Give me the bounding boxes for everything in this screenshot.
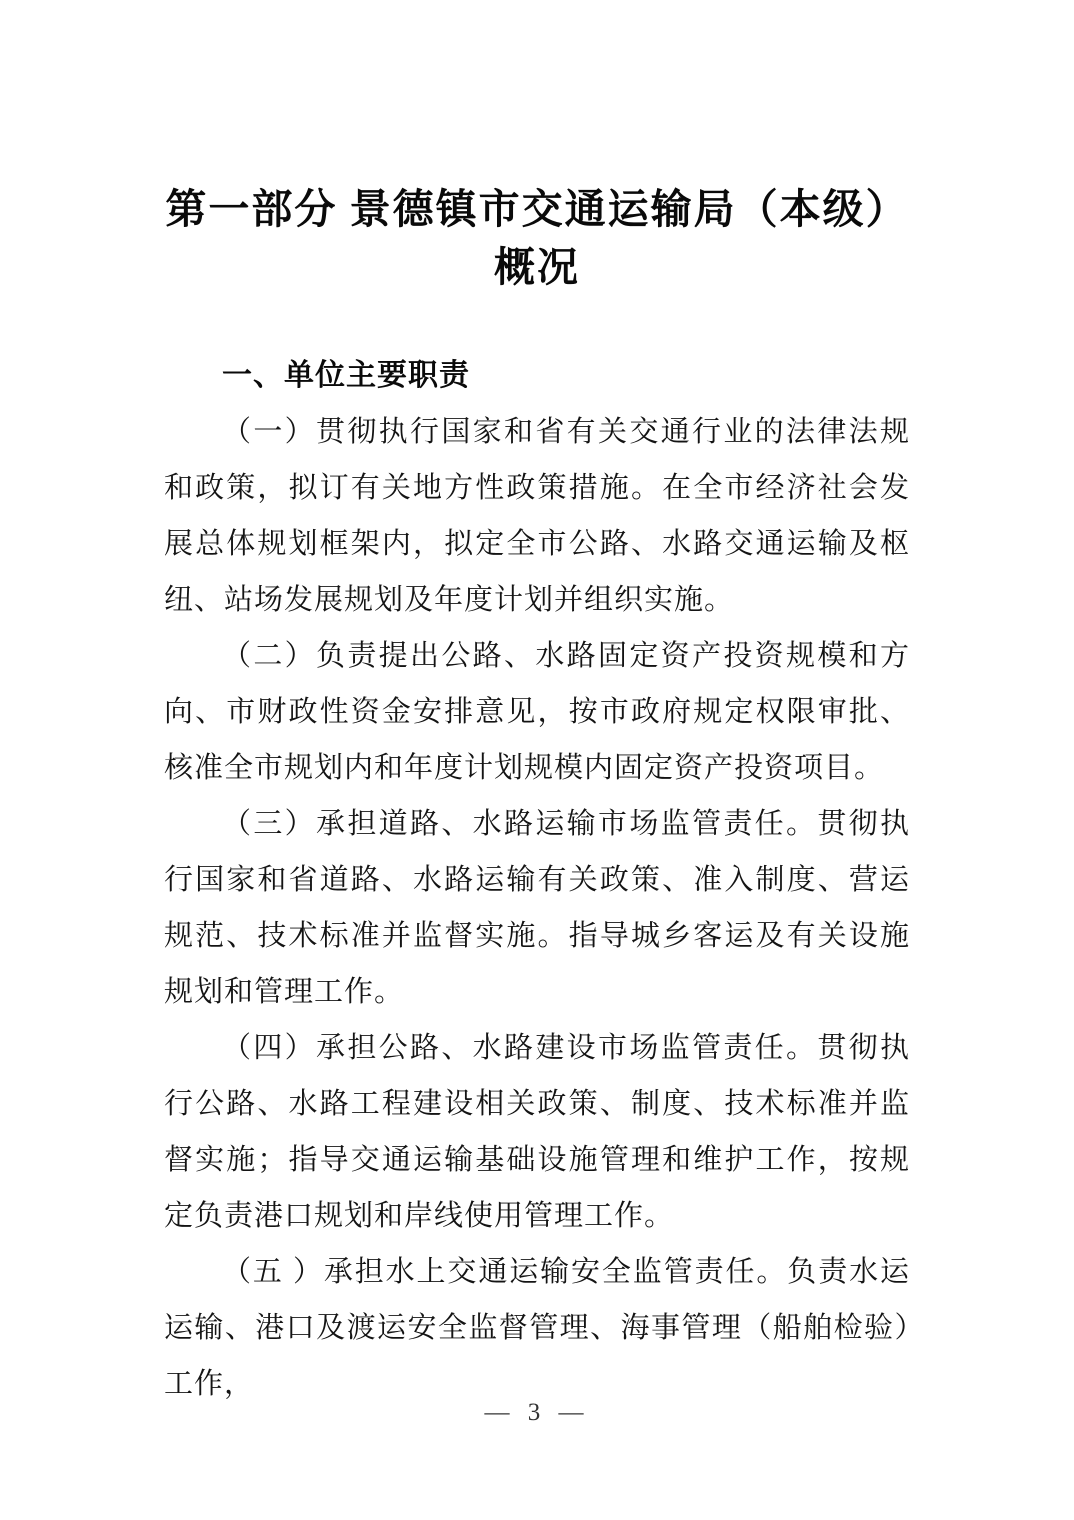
paragraph-duty-2: （二）负责提出公路、水路固定资产投资规模和方向、市财政性资金安排意见，按市政府规… bbox=[164, 628, 910, 796]
page-number: — 3 — bbox=[0, 1398, 1074, 1428]
paragraph-duty-4: （四）承担公路、水路建设市场监管责任。贯彻执行公路、水路工程建设相关政策、制度、… bbox=[164, 1020, 910, 1244]
paragraph-duty-3: （三）承担道路、水路运输市场监管责任。贯彻执行国家和省道路、水路运输有关政策、准… bbox=[164, 796, 910, 1020]
section-heading-duties: 一、单位主要职责 bbox=[164, 348, 910, 404]
document-body: 一、单位主要职责 （一）贯彻执行国家和省有关交通行业的法律法规和政策，拟订有关地… bbox=[164, 348, 910, 1412]
paragraph-duty-5: （五 ）承担水上交通运输安全监管责任。负责水运运输、港口及渡运安全监督管理、海事… bbox=[164, 1244, 910, 1412]
document-page: 第一部分 景德镇市交通运输局（本级）概况 一、单位主要职责 （一）贯彻执行国家和… bbox=[0, 0, 1074, 1520]
paragraph-duty-1: （一）贯彻执行国家和省有关交通行业的法律法规和政策，拟订有关地方性政策措施。在全… bbox=[164, 404, 910, 628]
document-title: 第一部分 景德镇市交通运输局（本级）概况 bbox=[152, 0, 922, 296]
